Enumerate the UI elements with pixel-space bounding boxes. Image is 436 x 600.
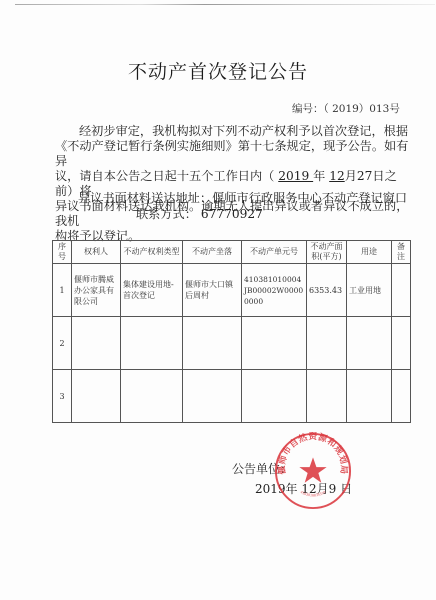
cell-area: 6353.43 xyxy=(307,264,347,317)
deadline-year: 2019 xyxy=(278,169,313,183)
seal-serial: 4103810035319 xyxy=(300,490,327,497)
scan-artifact-line xyxy=(15,4,435,5)
cell-owner xyxy=(72,370,121,423)
header-area-line1: 不动产面 xyxy=(311,242,343,251)
official-seal-icon: 偃师市自然资源和规划局 4103810035319 xyxy=(274,432,352,510)
objection-address: 异议书面材料送达地址：偃师市行政服务中心不动产登记窗口 xyxy=(78,189,407,206)
header-usage: 用途 xyxy=(347,241,392,264)
deadline-month: 12 xyxy=(329,169,345,183)
cell-owner xyxy=(72,317,121,370)
header-seq-line1: 序 xyxy=(58,242,66,251)
body-line-2: 《不动产登记暂行条例实施细则》第十七条规定，现予公告。如有异 xyxy=(55,139,415,169)
cell-location xyxy=(183,317,242,370)
cell-seq: 3 xyxy=(53,370,72,423)
body-line-1: 经初步审定，我机构拟对下列不动产权利予以首次登记，根据 xyxy=(55,124,415,139)
cell-usage xyxy=(347,317,392,370)
document-number: 编号：（ 2019）013号 xyxy=(292,101,400,116)
cell-seq: 2 xyxy=(53,317,72,370)
cell-location xyxy=(183,370,242,423)
table-row: 3 xyxy=(53,370,411,423)
deadline-year-suffix: 年 xyxy=(313,169,329,183)
table-row: 1 偃师市腾威办公家具有限公司 集体建设用地-首次登记 偃师市大口镇后周村 41… xyxy=(53,264,411,317)
header-unit-no: 不动产单元号 xyxy=(242,241,307,264)
cell-usage xyxy=(347,370,392,423)
contact-info: 联系方式： 67770927 xyxy=(136,205,263,222)
cell-right-type xyxy=(121,317,183,370)
cell-remark xyxy=(392,264,411,317)
objection-address-label: 异议书面材料送达地址： xyxy=(78,191,212,205)
contact-phone: 67770927 xyxy=(201,207,263,221)
cell-remark xyxy=(392,370,411,423)
registration-table: 序号 权利人 不动产权利类型 不动产坐落 不动产单元号 不动产面积(平方) 用途… xyxy=(52,240,411,423)
header-seq-line2: 号 xyxy=(58,252,66,261)
cell-area xyxy=(307,370,347,423)
header-right-type: 不动产权利类型 xyxy=(121,241,183,264)
cell-right-type: 集体建设用地-首次登记 xyxy=(121,264,183,317)
cell-unit-no: 410381010004JB00002W00000000 xyxy=(242,264,307,317)
cell-owner: 偃师市腾威办公家具有限公司 xyxy=(72,264,121,317)
document-number-value: （ 2019）013号 xyxy=(324,103,400,115)
header-location: 不动产坐落 xyxy=(183,241,242,264)
header-area: 不动产面积(平方) xyxy=(307,241,347,264)
table-header-row: 序号 权利人 不动产权利类型 不动产坐落 不动产单元号 不动产面积(平方) 用途… xyxy=(53,241,411,264)
cell-remark xyxy=(392,317,411,370)
cell-unit-no xyxy=(242,370,307,423)
contact-label: 联系方式： xyxy=(136,207,197,221)
objection-address-value: 偃师市行政服务中心不动产登记窗口 xyxy=(212,191,407,205)
cell-location: 偃师市大口镇后周村 xyxy=(183,264,242,317)
svg-text:4103810035319: 4103810035319 xyxy=(300,490,327,497)
header-area-line2: 积(平方) xyxy=(311,252,341,261)
cell-seq: 1 xyxy=(53,264,72,317)
header-remark: 备注 xyxy=(392,241,411,264)
document-number-label: 编号： xyxy=(292,103,324,115)
announcement-body: 经初步审定，我机构拟对下列不动产权利予以首次登记，根据 《不动产登记暂行条例实施… xyxy=(55,124,415,244)
header-owner: 权利人 xyxy=(72,241,121,264)
cell-right-type xyxy=(121,370,183,423)
cell-area xyxy=(307,317,347,370)
page-title: 不动产首次登记公告 xyxy=(0,57,436,84)
cell-unit-no xyxy=(242,317,307,370)
cell-usage: 工业用地 xyxy=(347,264,392,317)
table-row: 2 xyxy=(53,317,411,370)
header-seq: 序号 xyxy=(53,241,72,264)
body-line-3-text: 议，请自本公告之日起十五个工作日内（ xyxy=(55,169,278,183)
